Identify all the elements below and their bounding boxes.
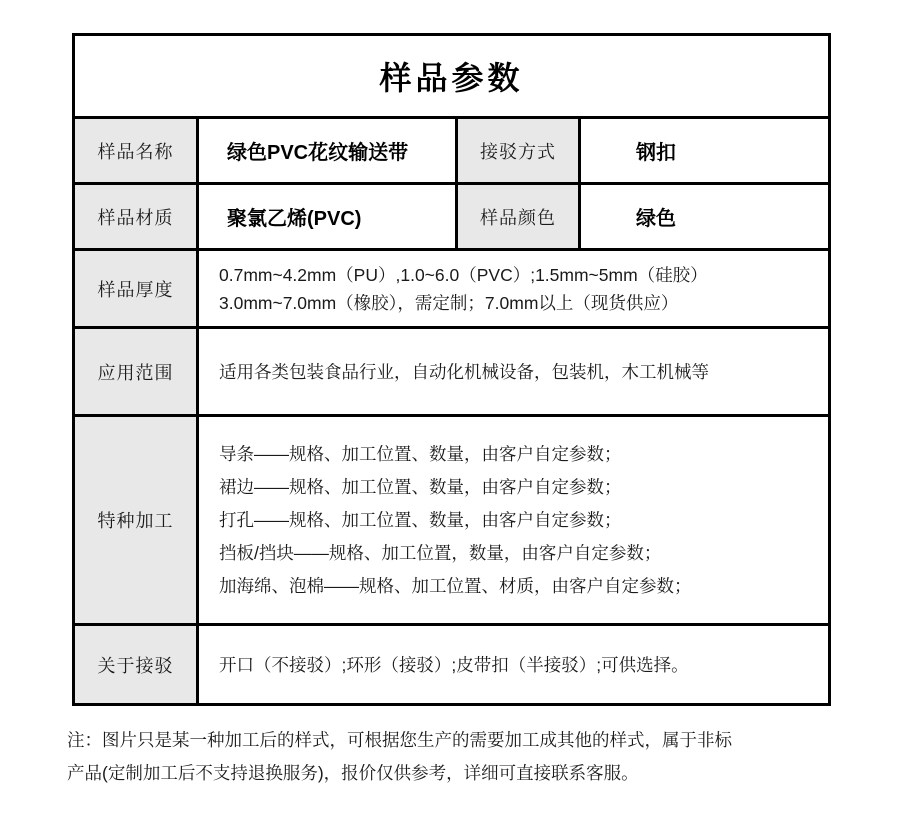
thickness-line-2: 3.0mm~7.0mm（橡胶），需定制；7.0mm以上（现货供应） — [219, 289, 818, 317]
value-special-processing: 导条——规格、加工位置、数量，由客户自定参数； 裙边——规格、加工位置、数量，由… — [198, 416, 830, 625]
value-sample-name: 绿色PVC花纹输送带 — [198, 118, 457, 184]
special-line-sponge-foam: 加海绵、泡棉——规格、加工位置、材质，由客户自定参数； — [219, 570, 818, 603]
special-line-baffle: 挡板/挡块——规格、加工位置，数量，由客户自定参数； — [219, 537, 818, 570]
footer-note: 注：图片只是某一种加工后的样式，可根据您生产的需要加工成其他的样式，属于非标 产… — [67, 724, 840, 790]
row-sample-name: 样品名称 绿色PVC花纹输送带 接驳方式 钢扣 — [74, 118, 830, 184]
row-sample-material: 样品材质 聚氯乙烯(PVC) 样品颜色 绿色 — [74, 184, 830, 250]
label-special-processing: 特种加工 — [74, 416, 198, 625]
label-joint-method: 接驳方式 — [457, 118, 580, 184]
value-joint-method: 钢扣 — [580, 118, 830, 184]
label-sample-thickness: 样品厚度 — [74, 250, 198, 328]
value-sample-color: 绿色 — [580, 184, 830, 250]
spec-table: 样品参数 样品名称 绿色PVC花纹输送带 接驳方式 钢扣 样品材质 聚氯乙烯(P… — [72, 33, 831, 706]
label-sample-material: 样品材质 — [74, 184, 198, 250]
row-application-range: 应用范围 适用各类包装食品行业，自动化机械设备，包装机，木工机械等 — [74, 328, 830, 416]
value-application-range: 适用各类包装食品行业，自动化机械设备，包装机，木工机械等 — [198, 328, 830, 416]
joint-line: 开口（不接驳）;环形（接驳）;皮带扣（半接驳）;可供选择。 — [219, 651, 818, 679]
value-sample-thickness: 0.7mm~4.2mm（PU）,1.0~6.0（PVC）;1.5mm~5mm（硅… — [198, 250, 830, 328]
row-sample-thickness: 样品厚度 0.7mm~4.2mm（PU）,1.0~6.0（PVC）;1.5mm~… — [74, 250, 830, 328]
application-line: 适用各类包装食品行业，自动化机械设备，包装机，木工机械等 — [219, 358, 818, 386]
product-spec-page: 样品参数 样品名称 绿色PVC花纹输送带 接驳方式 钢扣 样品材质 聚氯乙烯(P… — [0, 0, 900, 815]
value-about-joint: 开口（不接驳）;环形（接驳）;皮带扣（半接驳）;可供选择。 — [198, 625, 830, 705]
special-line-skirt: 裙边——规格、加工位置、数量，由客户自定参数； — [219, 471, 818, 504]
row-special-processing: 特种加工 导条——规格、加工位置、数量，由客户自定参数； 裙边——规格、加工位置… — [74, 416, 830, 625]
footer-note-line-2: 产品(定制加工后不支持退换服务)，报价仅供参考，详细可直接联系客服。 — [67, 757, 840, 790]
thickness-line-1: 0.7mm~4.2mm（PU）,1.0~6.0（PVC）;1.5mm~5mm（硅… — [219, 261, 818, 289]
label-sample-name: 样品名称 — [74, 118, 198, 184]
special-line-guide-strip: 导条——规格、加工位置、数量，由客户自定参数； — [219, 438, 818, 471]
label-sample-color: 样品颜色 — [457, 184, 580, 250]
row-about-joint: 关于接驳 开口（不接驳）;环形（接驳）;皮带扣（半接驳）;可供选择。 — [74, 625, 830, 705]
label-about-joint: 关于接驳 — [74, 625, 198, 705]
page-title: 样品参数 — [74, 35, 830, 118]
label-application-range: 应用范围 — [74, 328, 198, 416]
title-row: 样品参数 — [74, 35, 830, 118]
special-line-punching: 打孔——规格、加工位置、数量，由客户自定参数； — [219, 504, 818, 537]
footer-note-line-1: 注：图片只是某一种加工后的样式，可根据您生产的需要加工成其他的样式，属于非标 — [67, 724, 840, 757]
value-sample-material: 聚氯乙烯(PVC) — [198, 184, 457, 250]
